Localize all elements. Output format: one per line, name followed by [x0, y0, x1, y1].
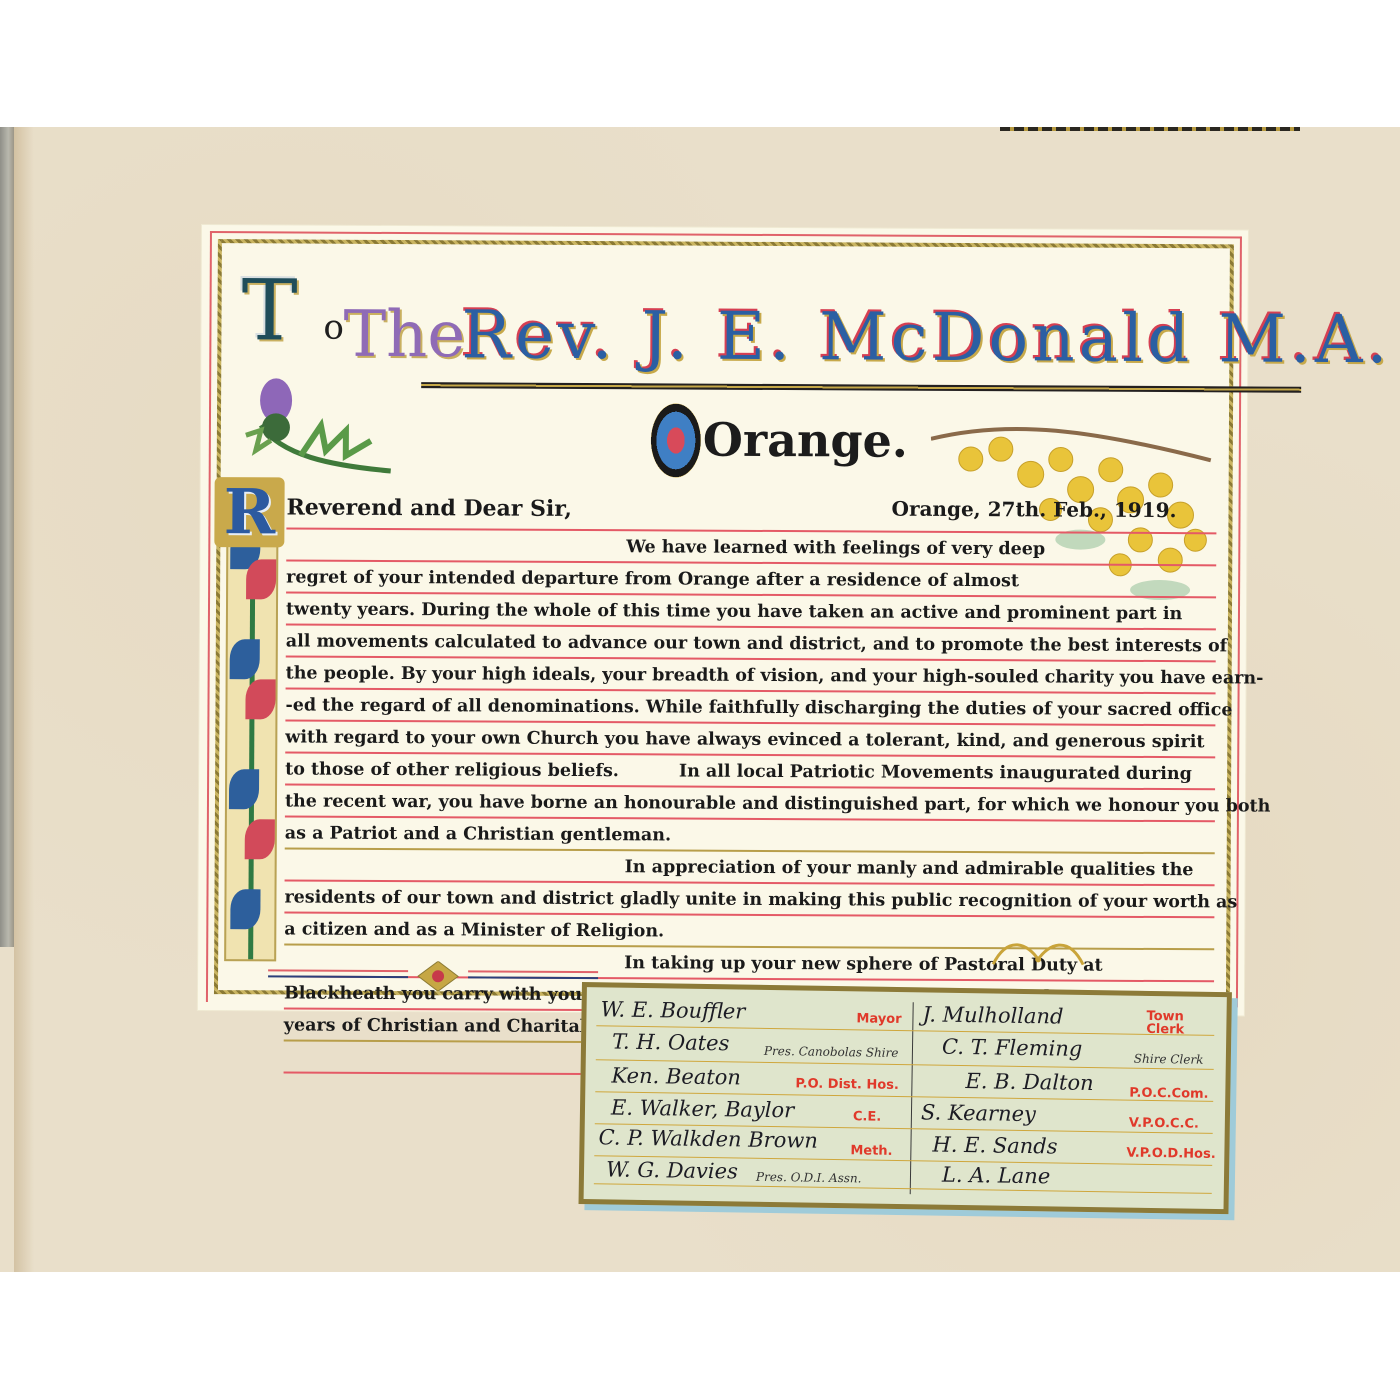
body-line: In appreciation of your manly and admira… [285, 855, 1215, 886]
title-name: J. E. McDonald M.A. [641, 297, 1391, 378]
body-line: all movements calculated to advance our … [286, 631, 1216, 662]
date-line: Orange, 27th. Feb., 1919. [892, 499, 1177, 520]
illuminated-address-card: T o The Rev. J. E. McDonald M.A. Orange. [198, 225, 1248, 1015]
title-rev: Rev. [461, 296, 617, 374]
body-line: We have learned with feelings of very de… [286, 535, 1216, 566]
title-to: T [241, 261, 298, 359]
body-line: the recent war, you have borne an honour… [285, 791, 1215, 822]
salutation: Reverend and Dear Sir, [286, 494, 572, 521]
body-line-text: In all local Patriotic Movements inaugur… [679, 762, 1192, 789]
body-line: -ed the regard of all denominations. Whi… [285, 695, 1215, 726]
acanthus-leaf-icon [245, 819, 275, 859]
title-place-text: Orange. [703, 413, 908, 468]
signature-role: Meth. [850, 1143, 892, 1159]
signature-panel: W. E. Bouffler Mayor T. H. Oates Pres. C… [579, 982, 1232, 1214]
signature: L. A. Lane [942, 1163, 1051, 1189]
body-line: residents of our town and district gladl… [284, 887, 1214, 918]
signature-role: V.P.O.D.Hos. [1126, 1146, 1216, 1162]
signature: W. G. Davies [606, 1157, 738, 1183]
illuminated-o-capital [651, 403, 701, 477]
body-line: twenty years. During the whole of this t… [286, 599, 1216, 630]
top-decorative-strip [1000, 127, 1300, 131]
illuminated-r-capital: R [214, 477, 284, 547]
acanthus-leaf-icon [245, 679, 275, 719]
acanthus-leaf-icon [229, 769, 259, 809]
signature-role: C.E. [853, 1109, 882, 1124]
signature: H. E. Sands [932, 1133, 1057, 1159]
signature-note: Pres. O.D.I. Assn. [756, 1170, 862, 1186]
page-edge-shadow [14, 127, 34, 1272]
body-line: regret of your intended departure from O… [286, 567, 1216, 598]
gold-flourish-icon [988, 934, 1088, 975]
address-title: T o The Rev. J. E. McDonald M.A. Orange. [231, 251, 1232, 366]
signature: E. Walker, Baylor [611, 1095, 794, 1122]
body-line: as a Patriot and a Christian gentleman. [285, 823, 1215, 854]
salutation-line: Reverend and Dear Sir, Orange, 27th. Feb… [286, 497, 1216, 534]
signature: C. T. Fleming [942, 1035, 1083, 1061]
acanthus-leaf-icon [246, 559, 276, 599]
signature-role: P.O.C.Com. [1129, 1086, 1208, 1102]
signature-role: V.P.O.C.C. [1129, 1116, 1199, 1132]
signature: S. Kearney [921, 1100, 1036, 1126]
album-binding [0, 127, 14, 947]
acanthus-leaf-icon [230, 889, 260, 929]
signature-note: Shire Clerk [1134, 1052, 1204, 1067]
signature: J. Mulholland [922, 1002, 1063, 1028]
acanthus-leaf-icon [230, 639, 260, 679]
signature: Ken. Beaton [611, 1063, 741, 1089]
body-line-text: to those of other religious beliefs. [285, 759, 619, 785]
illuminated-left-border [224, 487, 278, 961]
body-line: the people. By your high ideals, your br… [286, 663, 1216, 694]
signature: T. H. Oates [612, 1029, 730, 1055]
signature: E. B. Dalton [965, 1069, 1094, 1095]
body-line: with regard to your own Church you have … [285, 727, 1215, 758]
body-line: to those of other religious beliefs. In … [285, 759, 1215, 790]
title-recipient-name: Rev. J. E. McDonald M.A. [461, 296, 1392, 378]
thistle-illustration-icon [241, 355, 402, 486]
signature: W. E. Bouffler [600, 997, 745, 1023]
signature-role: P.O. Dist. Hos. [795, 1076, 899, 1093]
signature-role: Mayor [856, 1011, 901, 1027]
title-place: Orange. [651, 403, 908, 478]
signature-note: Pres. Canobolas Shire [764, 1044, 899, 1060]
diamond-ornament-icon [258, 960, 618, 992]
signature: C. P. Walkden Brown [598, 1125, 818, 1152]
signature-role: Town Clerk [1146, 1010, 1206, 1037]
signature-ruling [594, 1183, 1212, 1194]
title-to-o: o [323, 308, 344, 348]
